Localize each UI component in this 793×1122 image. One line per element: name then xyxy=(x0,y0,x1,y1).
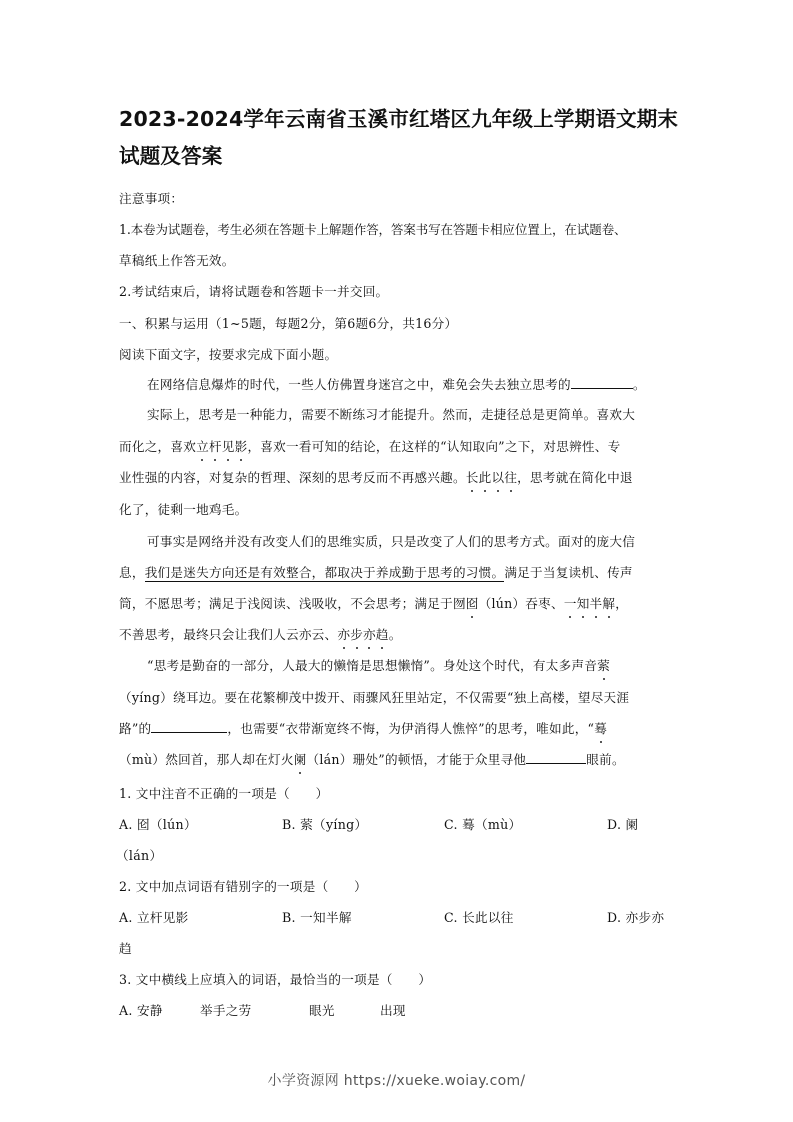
dotted-char: 萦 xyxy=(597,655,610,674)
question-1-option-d: D. 阑 xyxy=(607,814,638,833)
dotted-char: 解 xyxy=(602,593,615,612)
dotted-char: 蓦 xyxy=(594,718,607,737)
site-footer-watermark: 小学资源网 https://xueke.woiay.com/ xyxy=(0,1070,793,1090)
dotted-char: 长 xyxy=(466,467,479,486)
document-title: 2023-2024学年云南省玉溪市红塔区九年级上学期语文期末 试题及答案 xyxy=(119,101,685,175)
passage-paragraph-2-line-3: 业性强的内容，对复杂的哲理、深刻的思考反而不再感兴趣。长此以往，思考就在简化中退 xyxy=(119,467,685,486)
reading-instruction: 阅读下面文字，按要求完成下面小题。 xyxy=(119,344,685,363)
title-line-1: 2023-2024学年云南省玉溪市红塔区九年级上学期语文期末 xyxy=(119,101,685,138)
dotted-char: 影 xyxy=(235,436,248,455)
dotted-char: 此 xyxy=(479,467,492,486)
dotted-char: 见 xyxy=(222,436,235,455)
dotted-char: 往 xyxy=(504,467,517,486)
question-1-option-b: B. 萦（yíng） xyxy=(282,814,367,833)
dotted-char: 阑 xyxy=(294,749,307,768)
title-line-2: 试题及答案 xyxy=(119,138,685,175)
dotted-char: 立 xyxy=(196,436,209,455)
dotted-char: 杆 xyxy=(209,436,222,455)
passage-paragraph-4-line-4: （mù）然回首，那人却在灯火阑（lán）珊处”的顿悟，才能于众里寻他眼前。 xyxy=(119,749,685,768)
passage-paragraph-4-line-2: （yíng）绕耳边。要在花繁柳茂中拨开、雨骤风狂里站定，不仅需要“独上高楼，望尽… xyxy=(119,687,685,706)
passage-paragraph-2-line-2: 而化之，喜欢立杆见影，喜欢一看可知的结论，在这样的“认知取向”之下，对思辨性、专 xyxy=(119,436,685,455)
passage-paragraph-3-line-2: 息，我们是迷失方向还是有效整合，都取决于养成勤于思考的习惯。满足于当复读机、传声 xyxy=(119,562,685,581)
dotted-char: 趋 xyxy=(376,624,389,643)
question-3-stem: 3. 文中横线上应填入的词语，最恰当的一项是（ ） xyxy=(119,969,685,988)
question-1-option-a: A. 囵（lún） xyxy=(119,814,197,833)
dotted-char: 亦 xyxy=(363,624,376,643)
question-3-option-a-word-3: 眼光 xyxy=(309,1000,335,1019)
notice-item-2: 2.考试结束后，请将试题卷和答题卡一并交回。 xyxy=(119,281,685,300)
passage-paragraph-1: 在网络信息爆炸的时代，一些人仿佛置身迷宫之中，难免会失去独立思考的。 xyxy=(147,374,685,393)
question-1-stem: 1. 文中注音不正确的一项是（ ） xyxy=(119,783,685,802)
question-2-option-b: B. 一知半解 xyxy=(282,907,352,926)
dotted-char: 囵 xyxy=(466,593,479,612)
fill-blank-2 xyxy=(151,719,227,733)
dotted-char: 半 xyxy=(590,593,603,612)
notice-item-1-cont: 草稿纸上作答无效。 xyxy=(119,250,685,269)
passage-paragraph-2-line-1: 实际上，思考是一种能力，需要不断练习才能提升。然而，走捷径总是更简单。喜欢大 xyxy=(147,404,685,423)
question-2-option-a: A. 立杆见影 xyxy=(119,907,189,926)
fill-blank-1 xyxy=(571,375,633,389)
question-3-option-a-word-2: 举手之劳 xyxy=(200,1000,252,1019)
passage-paragraph-4-line-3: 路”的，也需要“衣带渐宽终不悔，为伊消得人憔悴”的思考，唯如此，“蓦 xyxy=(119,718,685,737)
passage-paragraph-3-line-3: 筒，不愿思考；满足于浅阅读、浅吸收，不会思考；满足于囫囵（lún）吞枣、一知半解… xyxy=(119,593,685,612)
passage-paragraph-4-line-1: “思考是勤奋的一部分，人最大的懒惰是思想懒惰”。身处这个时代，有太多声音萦 xyxy=(147,655,685,674)
question-2-option-d: D. 亦步亦 xyxy=(607,907,664,926)
question-2-stem: 2. 文中加点词语有错别字的一项是（ ） xyxy=(119,876,685,895)
notice-item-1: 1.本卷为试题卷，考生必须在答题卡上解题作答，答案书写在答题卡相应位置上，在试题… xyxy=(119,219,685,238)
dotted-char: 亦 xyxy=(337,624,350,643)
dotted-char: 以 xyxy=(491,467,504,486)
question-3-option-a-word-4: 出现 xyxy=(380,1000,406,1019)
dotted-char: 一 xyxy=(564,593,577,612)
question-1-option-c: C. 蓦（mù） xyxy=(444,814,521,833)
underlined-sentence: 我们是迷失方向还是有效整合，都取决于养成勤于思考的习惯。 xyxy=(145,565,505,582)
question-2-option-d-cont: 趋 xyxy=(119,938,132,957)
dotted-char: 步 xyxy=(350,624,363,643)
section-heading: 一、积累与运用（1~5题，每题2分，第6题6分，共16分） xyxy=(119,313,685,332)
question-3-option-a: A. 安静 xyxy=(119,1000,163,1019)
passage-paragraph-3-line-1: 可事实是网络并没有改变人们的思维实质，只是改变了人们的思考方式。面对的庞大信 xyxy=(147,531,685,550)
dotted-char: 知 xyxy=(577,593,590,612)
passage-paragraph-3-line-4: 不善思考，最终只会让我们人云亦云、亦步亦趋。 xyxy=(119,624,685,643)
question-2-option-c: C. 长此以往 xyxy=(444,907,514,926)
question-1-option-d-cont: （lán） xyxy=(116,845,162,864)
fill-blank-3 xyxy=(526,750,586,764)
passage-paragraph-2-line-4: 化了，徒剩一地鸡毛。 xyxy=(119,499,685,518)
notice-heading: 注意事项： xyxy=(119,188,685,207)
